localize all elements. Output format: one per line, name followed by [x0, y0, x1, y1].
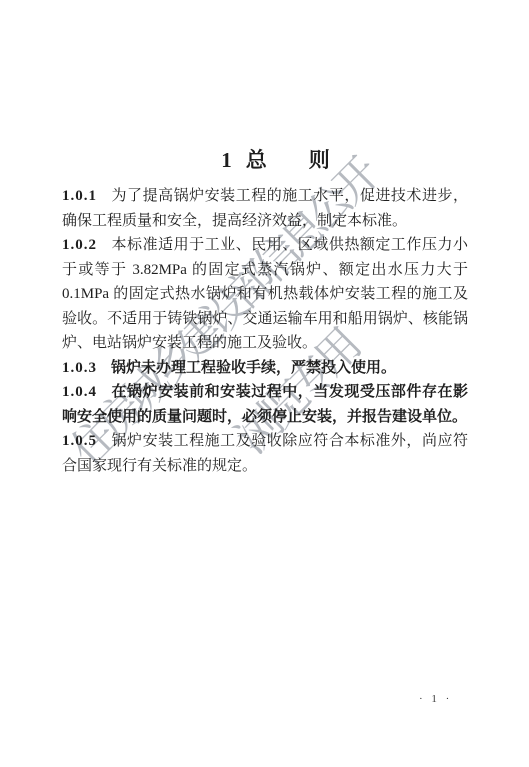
clause-list: 1.0.1为了提高锅炉安装工程的施工水平，促进技术进步，确保工程质量和安全，提高…: [62, 184, 468, 478]
page-number: · 1 ·: [419, 693, 452, 705]
clause-1-0-5: 1.0.5锅炉安装工程施工及验收除应符合本标准外，尚应符合国家现行有关标准的规定…: [62, 429, 468, 478]
clause-number: 1.0.4: [62, 384, 111, 400]
chapter-number: 1: [221, 148, 233, 172]
clause-text: 锅炉未办理工程验收手续，严禁投入使用。: [111, 359, 396, 376]
clause-text: 在锅炉安装前和安装过程中，当发现受压部件存在影响安全使用的质量问题时，必须停止安…: [62, 383, 468, 425]
clause-1-0-1: 1.0.1为了提高锅炉安装工程的施工水平，促进技术进步，确保工程质量和安全，提高…: [62, 184, 468, 233]
clause-text: 为了提高锅炉安装工程的施工水平，促进技术进步，确保工程质量和安全，提高经济效益，…: [62, 188, 468, 229]
clause-text: 锅炉安装工程施工及验收除应符合本标准外，尚应符合国家现行有关标准的规定。: [62, 433, 468, 474]
clause-number: 1.0.3: [62, 360, 111, 376]
clause-1-0-2: 1.0.2本标准适用于工业、民用、区域供热额定工作压力小于或等于 3.82MPa…: [62, 233, 468, 356]
clause-1-0-4: 1.0.4在锅炉安装前和安装过程中，当发现受压部件存在影响安全使用的质量问题时，…: [62, 380, 468, 429]
clause-number: 1.0.5: [62, 433, 111, 449]
clause-number: 1.0.1: [62, 188, 111, 204]
scanned-standard-page: 住房城乡建设部信息公开 浏览专用 1总 则 1.0.1为了提高锅炉安装工程的施工…: [0, 0, 529, 767]
clause-text: 本标准适用于工业、民用、区域供热额定工作压力小于或等于 3.82MPa 的固定式…: [62, 237, 468, 351]
clause-number: 1.0.2: [62, 237, 111, 253]
clause-1-0-3: 1.0.3锅炉未办理工程验收手续，严禁投入使用。: [62, 356, 468, 381]
chapter-name: 总 则: [246, 148, 330, 172]
